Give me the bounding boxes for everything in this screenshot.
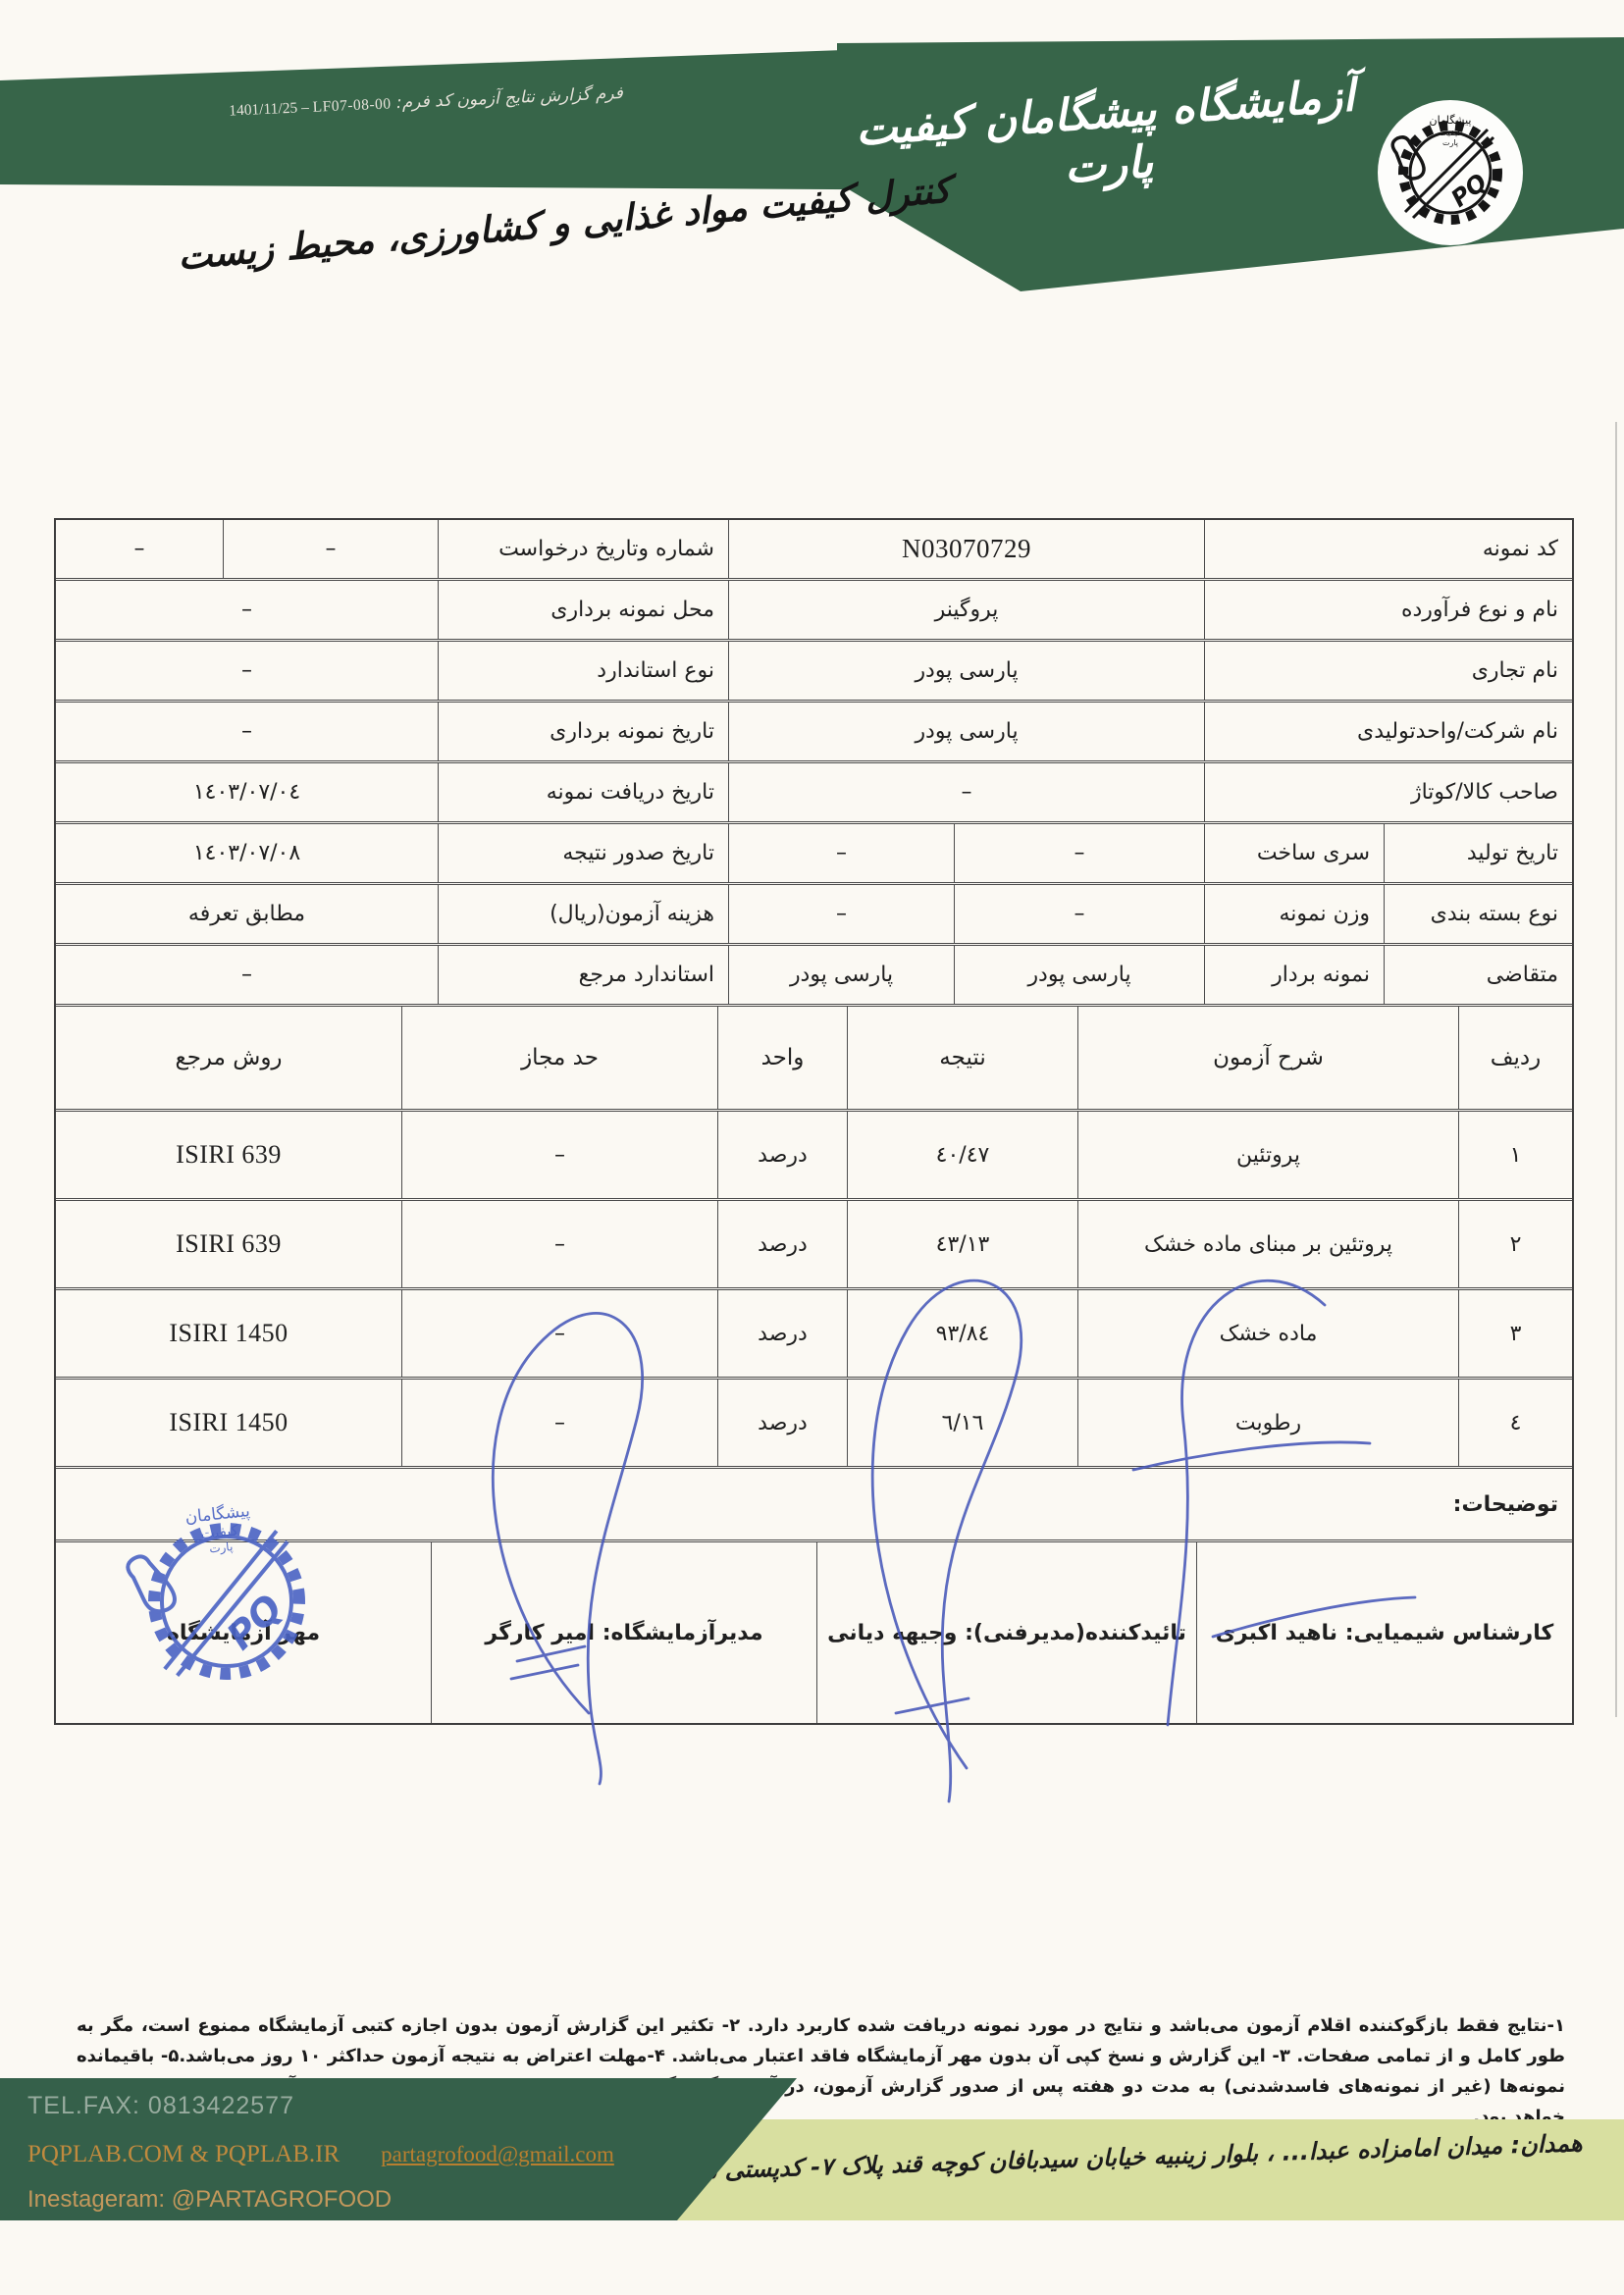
result-cell: – [401,1290,717,1377]
info-table-body: کد نمونهN03070729شماره وتاریخ درخواست––ن… [56,520,1572,1004]
info-cell: ١٤٠٣/٠٧/٠٤ [56,763,438,821]
info-row: صاحب کالا/کوتاژ–تاریخ دریافت نمونه١٤٠٣/٠… [56,760,1572,821]
info-cell: – [954,824,1204,882]
email-text: partagrofood@gmail.com [381,2142,614,2166]
info-cell: محل نمونه برداری [438,581,728,639]
info-cell: سری ساخت [1204,824,1384,882]
info-cell: N03070729 [728,520,1204,578]
info-cell: تاریخ صدور نتیجه [438,824,728,882]
result-cell: درصد [717,1201,847,1287]
logo-text-line2: کیفیت [1439,129,1462,138]
info-cell: تاریخ دریافت نمونه [438,763,728,821]
website-text: PQPLAB.COM & PQPLAB.IRpartagrofood@gmail… [27,2141,614,2168]
notes-row: توضیحات: [56,1466,1572,1539]
result-cell: ١ [1458,1112,1572,1198]
result-cell: درصد [717,1112,847,1198]
scan-artifact-line [1615,422,1617,1717]
info-cell: نام تجاری [1204,642,1572,700]
result-row: ٢پروتئین بر مبنای ماده خشک٤٣/١٣درصد–ISIR… [56,1198,1572,1287]
result-cell: درصد [717,1290,847,1377]
results-header-row: ردیفشرح آزموننتیجهواحدحد مجازروش مرجع [56,1004,1572,1109]
footer-light-band: همدان: میدان امامزاده عبدا... ، بلوار زی… [608,2119,1624,2220]
info-cell: شماره وتاریخ درخواست [438,520,728,578]
info-cell: وزن نمونه [1204,885,1384,943]
result-cell: ٩٣/٨٤ [847,1290,1077,1377]
logo-text-line3: پارت [1442,138,1458,147]
result-cell: ٤٠/٤٧ [847,1112,1077,1198]
result-cell: پروتئین بر مبنای ماده خشک [1077,1201,1458,1287]
info-cell: – [56,946,438,1004]
info-cell: – [56,520,223,578]
results-header-cell: واحد [717,1007,847,1109]
result-cell: ISIRI 639 [56,1201,401,1287]
info-row: نوع بسته بندیوزن نمونه––هزینه آزمون(ریال… [56,882,1572,943]
results-body: ١پروتئین٤٠/٤٧درصد–ISIRI 639٢پروتئین بر م… [56,1109,1572,1466]
info-cell: ١٤٠٣/٠٧/٠٨ [56,824,438,882]
website-urls: PQPLAB.COM & PQPLAB.IR [27,2141,340,2167]
results-header-cell: ردیف [1458,1007,1572,1109]
results-header-cell: شرح آزمون [1077,1007,1458,1109]
info-cell: نمونه بردار [1204,946,1384,1004]
tel-fax-text: TEL.FAX: 0813422577 [27,2092,294,2120]
info-cell: – [728,885,954,943]
info-cell: – [223,520,438,578]
result-cell: ٤ [1458,1380,1572,1466]
info-cell: صاحب کالا/کوتاژ [1204,763,1572,821]
info-cell: پارسی پودر [728,946,954,1004]
results-header-cell: حد مجاز [401,1007,717,1109]
info-cell: هزینه آزمون(ریال) [438,885,728,943]
info-cell: کد نمونه [1204,520,1572,578]
info-row: نام تجاریپارسی پودرنوع استاندارد– [56,639,1572,700]
info-cell: استاندارد مرجع [438,946,728,1004]
lab-manager-signature-label: مدیرآزمایشگاه: امیر کارگر [431,1542,816,1723]
info-cell: مطابق تعرفه [56,885,438,943]
signature-row: کارشناس شیمیایی: ناهید اکبری تائیدکننده(… [56,1539,1572,1723]
info-cell: – [56,581,438,639]
info-row: تاریخ تولیدسری ساخت––تاریخ صدور نتیجه١٤٠… [56,821,1572,882]
info-cell: – [728,763,1204,821]
info-cell: پروگینر [728,581,1204,639]
info-cell: تاریخ نمونه برداری [438,703,728,760]
result-row: ١پروتئین٤٠/٤٧درصد–ISIRI 639 [56,1109,1572,1198]
info-cell: نام و نوع فرآورده [1204,581,1572,639]
result-cell: – [401,1201,717,1287]
info-cell: – [954,885,1204,943]
results-header-cell: نتیجه [847,1007,1077,1109]
info-row: متقاضینمونه بردارپارسی پودرپارسی پودراست… [56,943,1572,1004]
info-cell: نام شرکت/واحدتولیدی [1204,703,1572,760]
result-cell: – [401,1112,717,1198]
result-cell: ISIRI 1450 [56,1380,401,1466]
info-cell: متقاضی [1384,946,1572,1004]
chemist-signature-label: کارشناس شیمیایی: ناهید اکبری [1196,1542,1572,1723]
lab-logo: پیشگامان کیفیت پارت PQ [1378,100,1523,245]
info-cell: پارسی پودر [954,946,1204,1004]
result-cell: ٤٣/١٣ [847,1201,1077,1287]
report-table: کد نمونهN03070729شماره وتاریخ درخواست––ن… [54,518,1574,1725]
logo-text-line1: پیشگامان [1430,114,1472,127]
info-cell: پارسی پودر [728,703,1204,760]
stamp-area-label: مهر آزمایشگاه [56,1542,431,1723]
info-cell: – [56,703,438,760]
footer-dark-band: TEL.FAX: 0813422577 PQPLAB.COM & PQPLAB.… [0,2078,814,2220]
approver-signature-label: تائیدکننده(مدیرفنی): وجیهه دیانی [816,1542,1196,1723]
result-row: ٣ماده خشک٩٣/٨٤درصد–ISIRI 1450 [56,1287,1572,1377]
result-cell: ٣ [1458,1290,1572,1377]
results-header-cell: روش مرجع [56,1007,401,1109]
info-cell: نوع بسته بندی [1384,885,1572,943]
result-cell: ماده خشک [1077,1290,1458,1377]
info-cell: – [728,824,954,882]
info-cell: نوع استاندارد [438,642,728,700]
info-cell: تاریخ تولید [1384,824,1572,882]
info-row: نام شرکت/واحدتولیدیپارسی پودرتاریخ نمونه… [56,700,1572,760]
result-cell: – [401,1380,717,1466]
result-cell: ISIRI 1450 [56,1290,401,1377]
result-cell: پروتئین [1077,1112,1458,1198]
info-cell: – [56,642,438,700]
result-cell: رطوبت [1077,1380,1458,1466]
result-cell: ٦/١٦ [847,1380,1077,1466]
gear-flask-logo-icon: پیشگامان کیفیت پارت PQ [1381,103,1520,242]
notes-label: توضیحات: [1453,1492,1558,1517]
result-row: ٤رطوبت٦/١٦درصد–ISIRI 1450 [56,1377,1572,1466]
result-cell: درصد [717,1380,847,1466]
result-cell: ISIRI 639 [56,1112,401,1198]
info-row: کد نمونهN03070729شماره وتاریخ درخواست–– [56,520,1572,578]
scanned-lab-report-page: فرم گزارش نتایج آزمون کد فرم: 1401/11/25… [0,0,1624,2295]
instagram-text: Inestageram: @PARTAGROFOOD [27,2186,392,2214]
info-cell: پارسی پودر [728,642,1204,700]
info-row: نام و نوع فرآوردهپروگینرمحل نمونه برداری… [56,578,1572,639]
result-cell: ٢ [1458,1201,1572,1287]
